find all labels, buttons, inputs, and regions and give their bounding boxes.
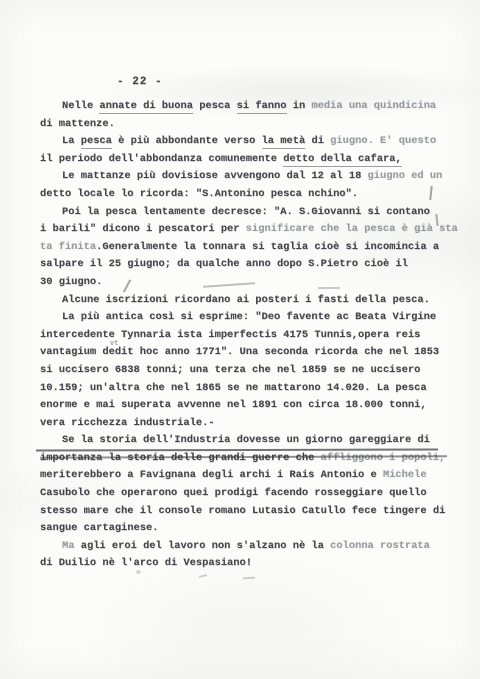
scan-speck [199,574,207,577]
text-segment: in [287,100,312,112]
text-line: i barili" dicono i pescatori per signifi… [40,223,446,241]
text-segment: Le mattanze più dovisiose avvengono dal … [62,170,368,182]
text-line: Alcune iscrizioni ricordano ai posteri i… [40,294,446,312]
text-line: Le mattanze più dovisiose avvengono dal … [40,170,446,188]
text-line: salpare il 25 giugno; da qualche anno do… [40,258,446,276]
text-segment: giugno. E' questo [330,135,436,147]
text-line: Casubolo che operarono quei prodigi face… [40,487,446,505]
text-segment: i barili" dicono i pescatori per [40,223,246,235]
text-line: di mattenze. [40,118,446,136]
text-line: il periodo dell'abbondanza comunemente d… [40,153,446,171]
text-segment: Nelle [62,100,99,112]
text-line: ta finita.Generalmente la tonnara si tag… [40,241,446,259]
text-line: Nelle annate di buona pesca si fanno in … [40,100,446,118]
typewritten-text-block: Nelle annate di buona pesca si fanno in … [40,100,446,575]
text-segment: Casubolo che operarono quei prodigi face… [40,487,427,499]
text-segment: stesso mare che il console romano Lutasi… [40,505,445,517]
text-segment: di Duilio nè l'arco di Vespasiano! [40,557,252,569]
text-segment: colonna rostrata [330,540,430,552]
scanned-document-page: - 22 - Nelle annate di buona pesca si fa… [0,0,480,679]
text-line: enorme e mai superata avvenne nel 1891 c… [40,399,446,417]
text-segment: Ma [62,540,74,552]
text-segment: sangue cartaginese. [40,522,158,534]
text-segment: pesca [81,135,112,149]
text-segment: Se la storia dell'Industria dovesse un g… [62,434,430,446]
text-segment: intercedente Tynnaria ista imperfectis 4… [40,329,420,341]
text-segment: si fanno [237,100,287,114]
text-segment: è più abbondante verso [112,135,262,147]
text-line: stesso mare che il console romano Lutasi… [40,505,446,523]
text-line: detto locale lo ricorda: "S.Antonino pes… [40,188,446,206]
text-segment: La più antica così si esprime: "Deo fave… [62,311,436,323]
text-segment: Poi la pesca lentamente decresce: "A. S.… [62,206,430,218]
text-line: Poi la pesca lentamente decresce: "A. S.… [40,206,446,224]
text-segment: media una quindicina [311,100,436,112]
text-segment: affliggono i popoli, [321,452,446,464]
text-line: sangue cartaginese. [40,522,446,540]
text-segment: Alcune iscrizioni ricordano ai posteri i… [62,294,430,306]
text-segment: di [305,135,330,147]
text-line: intercedente Tynnaria ista imperfectis 4… [40,329,446,347]
page-number: - 22 - [117,76,163,88]
text-segment: La [62,135,81,147]
pencil-mark [318,287,340,289]
text-segment: detto della cafara, [283,153,401,167]
text-segment: 30 giugno. [40,276,102,288]
text-line: meriterebbero a Favignana degli archi i … [40,469,446,487]
text-segment: ta finita [40,241,96,253]
text-segment: vantagium dedit hoc anno 1771". Una seco… [40,346,439,358]
text-line: importanza la storia delle grandi guerre… [40,452,446,470]
handwritten-correction: vt [110,340,118,348]
text-line: di Duilio nè l'arco di Vespasiano! [40,557,446,575]
text-line: 10.159; un'altra che nel 1865 se ne matt… [40,382,446,400]
text-segment: agli eroi del lavoro non s'alzano nè la [74,540,330,552]
text-line: si uccisero 6838 tonni; una terza che ne… [40,364,446,382]
scan-speck [243,577,255,579]
text-segment: vera ricchezza industriale.- [40,417,215,429]
text-segment: meriterebbero a Favignana degli archi i … [40,469,383,481]
text-segment: annate di buona [99,100,193,114]
text-line: La più antica così si esprime: "Deo fave… [40,311,446,329]
text-segment: la metà [262,135,306,149]
text-segment: .Generalmente la tonnara si taglia cioè … [96,241,439,253]
text-line: Ma agli eroi del lavoro non s'alzano nè … [40,540,446,558]
text-line: La pesca è più abbondante verso la metà … [40,135,446,153]
text-line: vera ricchezza industriale.- [40,417,446,435]
text-segment: Michele [383,469,427,481]
text-segment: il periodo dell'abbondanza comunemente [40,153,283,165]
text-segment: enorme e mai superata avvenne nel 1891 c… [40,399,427,411]
text-segment: si uccisero 6838 tonni; una terza che ne… [40,364,420,376]
scan-speck [136,570,141,574]
text-segment: significare che la pesca è già sta [246,223,458,235]
text-segment: 10.159; un'altra che nel 1865 se ne matt… [40,382,427,394]
text-segment: giugno ed un [368,170,443,182]
text-segment: detto locale lo ricorda: "S.Antonino pes… [40,188,358,200]
text-segment: di mattenze. [40,118,115,130]
text-line: vantagium dedit hoc anno 1771". Una seco… [40,346,446,364]
text-segment: pesca [193,100,237,112]
text-segment: salpare il 25 giugno; da qualche anno do… [40,258,408,270]
